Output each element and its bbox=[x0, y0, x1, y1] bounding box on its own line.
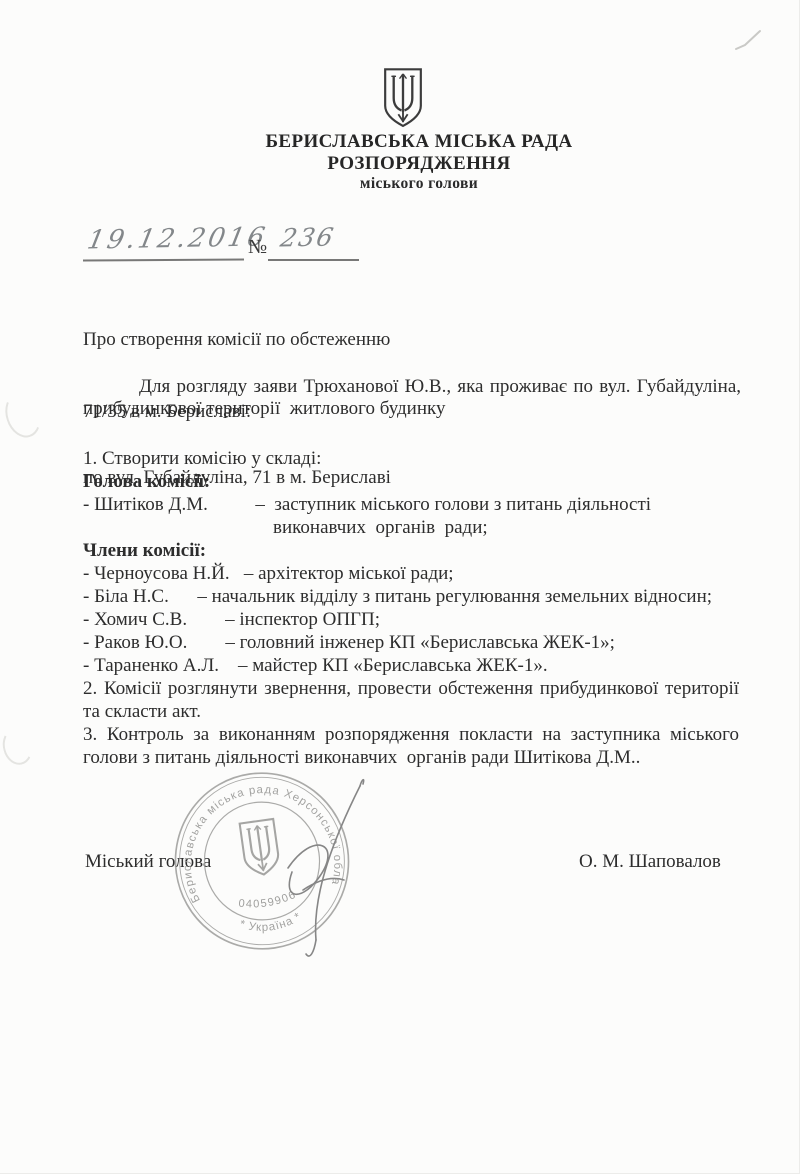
handwritten-date: 19.12.2016 bbox=[85, 222, 270, 255]
intro-line: 71/35 в м. Бериславі: bbox=[83, 399, 741, 424]
document-type: РОЗПОРЯДЖЕННЯ bbox=[19, 153, 800, 175]
signer-name: О. М. Шаповалов bbox=[579, 851, 721, 873]
member-khomych: - Хомич С.В. – інспектор ОПГП; bbox=[83, 608, 743, 631]
order-item-2-cont: та скласти акт. bbox=[83, 700, 743, 723]
member-shytikov-cont: виконавчих органів ради; bbox=[83, 516, 743, 539]
number-sign: № bbox=[248, 236, 267, 259]
scan-crease-mark-lower bbox=[0, 725, 36, 768]
mayor-signature bbox=[248, 772, 368, 967]
number-underline bbox=[268, 259, 359, 261]
scan-crease-mark-upper bbox=[0, 388, 46, 442]
commission-members-label: Члени комісії: bbox=[83, 539, 743, 562]
ukraine-trident-emblem-icon bbox=[379, 67, 427, 129]
member-chernousova: - Черноусова Н.Й. – архітектор міської р… bbox=[83, 562, 743, 585]
handwritten-number: 236 bbox=[278, 223, 338, 253]
member-bila: - Біла Н.С. – начальник відділу з питань… bbox=[83, 585, 743, 608]
date-underline bbox=[83, 259, 244, 262]
scanned-document-page: БЕРИСЛАВСЬКА МІСЬКА РАДА РОЗПОРЯДЖЕННЯ м… bbox=[0, 0, 800, 1174]
document-subtitle: міського голови bbox=[19, 175, 800, 193]
order-item-3: 3. Контроль за виконанням розпорядження … bbox=[83, 723, 739, 746]
intro-paragraph: Для розгляду заяви Трюханової Ю.В., яка … bbox=[83, 374, 741, 424]
org-name: БЕРИСЛАВСЬКА МІСЬКА РАДА bbox=[19, 131, 800, 153]
scan-fold-mark bbox=[733, 28, 763, 54]
member-rakov: - Раков Ю.О. – головний інженер КП «Бери… bbox=[83, 631, 743, 654]
subject-line: Про створення комісії по обстеженню bbox=[83, 328, 553, 351]
order-item-3-cont: голови з питань діяльності виконавчих ор… bbox=[83, 746, 743, 769]
commission-head-label: Голова комісії: bbox=[83, 470, 743, 493]
order-body: 1. Створити комісію у складі: Голова ком… bbox=[83, 447, 743, 769]
intro-line: Для розгляду заяви Трюханової Ю.В., яка … bbox=[83, 374, 741, 399]
member-shytikov: - Шитіков Д.М. – заступник міського голо… bbox=[83, 493, 743, 516]
order-item-1: 1. Створити комісію у складі: bbox=[83, 447, 743, 470]
order-item-2: 2. Комісії розглянути звернення, провест… bbox=[83, 677, 739, 700]
member-taranenko: - Тараненко А.Л. – майстер КП «Бериславс… bbox=[83, 654, 743, 677]
